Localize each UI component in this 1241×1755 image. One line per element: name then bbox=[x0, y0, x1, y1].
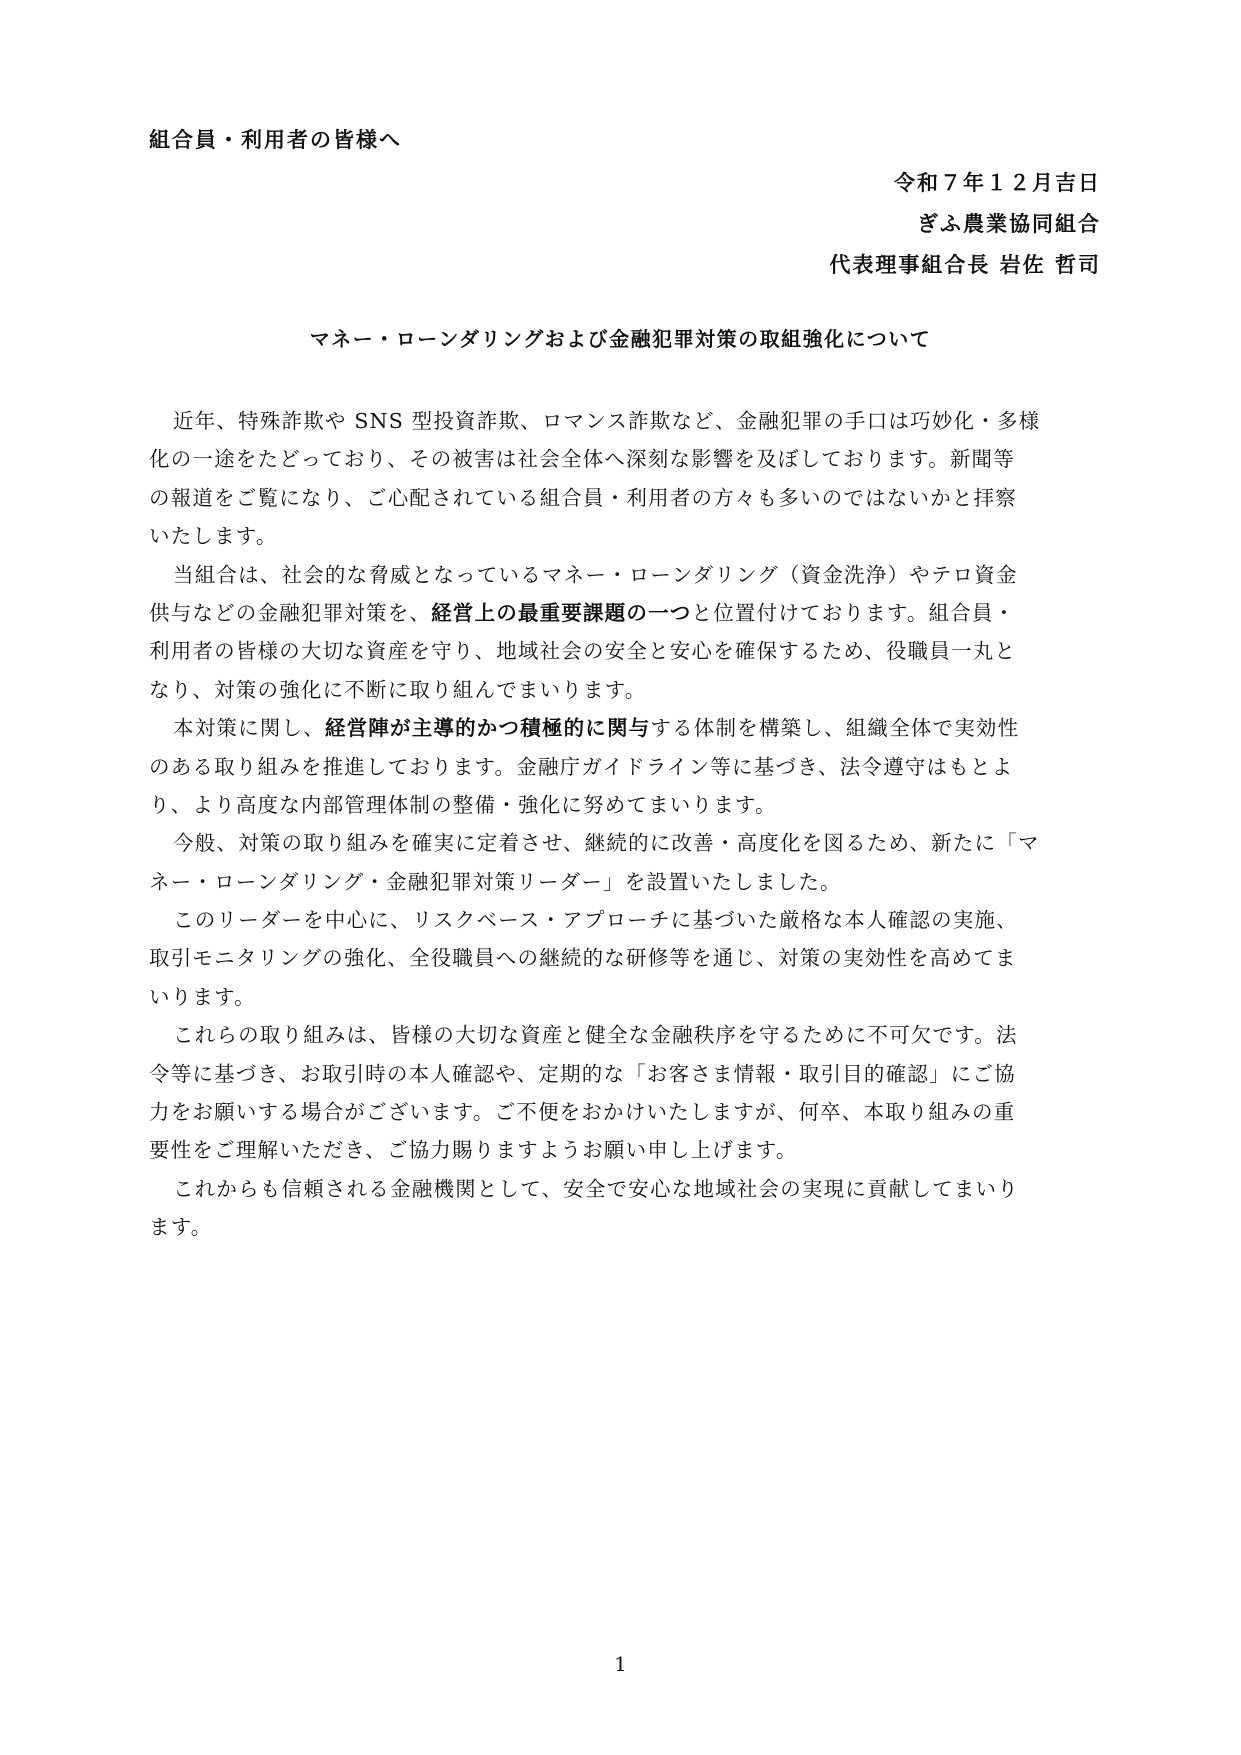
addressee: 組合員・利用者の皆様へ bbox=[149, 124, 402, 154]
paragraph-3: 本対策に関し、経営陣が主導的かつ積極的に関与する体制を構築し、組織全体で実効性 … bbox=[149, 709, 1099, 824]
text-line: のある取り組みを推進しております。金融庁ガイドライン等に基づき、法令遵守はもとよ bbox=[149, 748, 1099, 786]
text-line: 化の一途をたどっており、その被害は社会全体へ深刻な影響を及ぼしております。新聞等 bbox=[149, 440, 1099, 478]
text-line: 力をお願いする場合がございます。ご不便をおかけいたしますが、何卒、本取り組みの重 bbox=[149, 1093, 1099, 1131]
document-title: マネー・ローンダリングおよび金融犯罪対策の取組強化について bbox=[0, 323, 1241, 352]
text-line: 当組合は、社会的な脅威となっているマネー・ローンダリング（資金洗浄）やテロ資金 bbox=[149, 556, 1099, 594]
emphasis-text: 経営上の最重要課題の一つ bbox=[431, 601, 691, 625]
text-span: 本対策に関し、 bbox=[173, 716, 325, 740]
text-line: 令等に基づき、お取引時の本人確認や、定期的な「お客さま情報・取引目的確認」にご協 bbox=[149, 1055, 1099, 1093]
page-number: 1 bbox=[0, 1652, 1241, 1676]
text-line: 要性をご理解いただき、ご協力賜りますようお願い申し上げます。 bbox=[149, 1131, 1099, 1169]
text-line: これからも信頼される金融機関として、安全で安心な地域社会の実現に貢献してまいり bbox=[149, 1170, 1099, 1208]
text-line: このリーダーを中心に、リスクベース・アプローチに基づいた厳格な本人確認の実施、 bbox=[149, 901, 1099, 939]
emphasis-text: 経営陣が主導的かつ積極的に関与 bbox=[325, 716, 651, 740]
text-line: 取引モニタリングの強化、全役職員への継続的な研修等を通じ、対策の実効性を高めてま bbox=[149, 939, 1099, 977]
paragraph-6: これらの取り組みは、皆様の大切な資産と健全な金融秩序を守るために不可欠です。法 … bbox=[149, 1016, 1099, 1170]
text-line: いたします。 bbox=[149, 517, 1099, 555]
sender-block: 令和７年１２月吉日 ぎふ農業協同組合 代表理事組合長 岩佐 哲司 bbox=[829, 163, 1101, 286]
paragraph-2: 当組合は、社会的な脅威となっているマネー・ローンダリング（資金洗浄）やテロ資金 … bbox=[149, 556, 1099, 710]
text-line: 近年、特殊詐欺や SNS 型投資詐欺、ロマンス詐欺など、金融犯罪の手口は巧妙化・… bbox=[149, 402, 1099, 440]
organization-name: ぎふ農業協同組合 bbox=[829, 204, 1101, 245]
text-line: ます。 bbox=[149, 1208, 1099, 1246]
paragraph-5: このリーダーを中心に、リスクベース・アプローチに基づいた厳格な本人確認の実施、 … bbox=[149, 901, 1099, 1016]
text-line: これらの取り組みは、皆様の大切な資産と健全な金融秩序を守るために不可欠です。法 bbox=[149, 1016, 1099, 1054]
text-line: 本対策に関し、経営陣が主導的かつ積極的に関与する体制を構築し、組織全体で実効性 bbox=[149, 709, 1099, 747]
paragraph-1: 近年、特殊詐欺や SNS 型投資詐欺、ロマンス詐欺など、金融犯罪の手口は巧妙化・… bbox=[149, 402, 1099, 556]
paragraph-7: これからも信頼される金融機関として、安全で安心な地域社会の実現に貢献してまいり … bbox=[149, 1170, 1099, 1247]
document-page: 組合員・利用者の皆様へ 令和７年１２月吉日 ぎふ農業協同組合 代表理事組合長 岩… bbox=[0, 0, 1241, 1755]
text-line: 今般、対策の取り組みを確実に定着させ、継続的に改善・高度化を図るため、新たに「マ bbox=[149, 824, 1099, 862]
text-span: 供与などの金融犯罪対策を、 bbox=[149, 601, 431, 625]
text-line: いります。 bbox=[149, 978, 1099, 1016]
text-line: ネー・ローンダリング・金融犯罪対策リーダー」を設置いたしました。 bbox=[149, 863, 1099, 901]
text-line: の報道をご覧になり、ご心配されている組合員・利用者の方々も多いのではないかと拝察 bbox=[149, 479, 1099, 517]
paragraph-4: 今般、対策の取り組みを確実に定着させ、継続的に改善・高度化を図るため、新たに「マ… bbox=[149, 824, 1099, 901]
representative-name: 代表理事組合長 岩佐 哲司 bbox=[829, 245, 1101, 286]
text-span: と位置付けております。組合員・ bbox=[692, 601, 1016, 625]
date: 令和７年１２月吉日 bbox=[829, 163, 1101, 204]
text-line: 供与などの金融犯罪対策を、経営上の最重要課題の一つと位置付けております。組合員・ bbox=[149, 594, 1099, 632]
text-span: する体制を構築し、組織全体で実効性 bbox=[650, 716, 1019, 740]
text-line: なり、対策の強化に不断に取り組んでまいります。 bbox=[149, 671, 1099, 709]
document-body: 近年、特殊詐欺や SNS 型投資詐欺、ロマンス詐欺など、金融犯罪の手口は巧妙化・… bbox=[149, 402, 1099, 1247]
text-line: り、より高度な内部管理体制の整備・強化に努めてまいります。 bbox=[149, 786, 1099, 824]
text-line: 利用者の皆様の大切な資産を守り、地域社会の安全と安心を確保するため、役職員一丸と bbox=[149, 632, 1099, 670]
